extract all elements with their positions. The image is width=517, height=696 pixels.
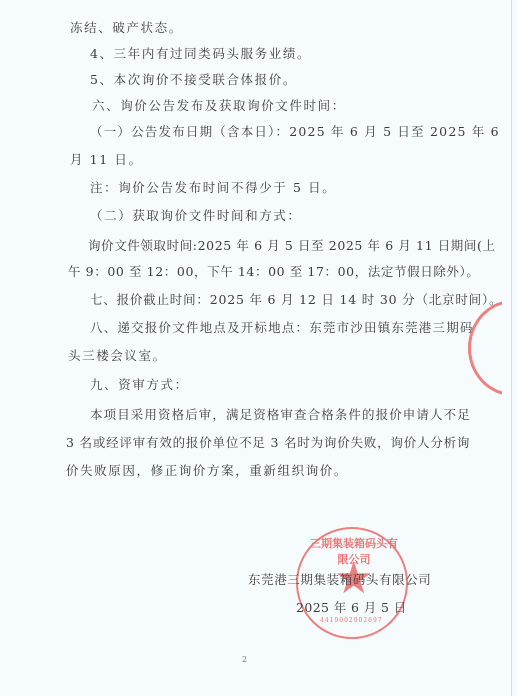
text-line: 4、三年内有过同类码头服务业绩。 bbox=[90, 44, 311, 62]
subsection-heading: （二）获取询价文件时间和方式： bbox=[90, 206, 302, 224]
text-line: 月 11 日。 bbox=[70, 150, 143, 168]
signature-company: 东莞港三期集装箱码头有限公司 bbox=[248, 570, 431, 588]
text-line: 3 名或经评审有效的报价单位不足 3 名时为询价失败，询价人分析询 bbox=[66, 433, 470, 451]
text-line: 本项目采用资格后审，满足资格审查合格条件的报价申请人不足 bbox=[90, 405, 471, 423]
section-heading: 八、递交报价文件地点及开标地点：东莞市沙田镇东莞港三期码 bbox=[90, 318, 474, 336]
seal-code: 4419002002697 bbox=[320, 617, 383, 624]
document-page: 冻结、破产状态。 4、三年内有过同类码头服务业绩。 5、本次询价不接受联合体报价… bbox=[0, 0, 512, 696]
partial-seal-stamp bbox=[468, 300, 517, 396]
section-heading: 九、资审方式： bbox=[90, 375, 189, 393]
signature-date: 2025 年 6 月 5 日 bbox=[296, 598, 407, 616]
text-line: 冻结、破产状态。 bbox=[70, 18, 183, 36]
section-heading: 六、询价公告发布及获取询价文件时间： bbox=[92, 96, 346, 114]
text-line: 午 9：00 至 12：00，下午 14：00 至 17：00，法定节假日除外）… bbox=[68, 262, 479, 280]
text-line: 价失败原因，修正询价方案，重新组织询价。 bbox=[66, 461, 348, 479]
text-line: 询价文件领取时间:2025 年 6 月 5 日至 2025 年 6 月 11 日… bbox=[88, 236, 496, 254]
text-line: （一）公告发布日期（含本日）：2025 年 6 月 5 日至 2025 年 6 bbox=[90, 122, 500, 140]
note-line: 注：询价公告发布时间不得少于 5 日。 bbox=[90, 178, 336, 196]
text-line: 头三楼会议室。 bbox=[68, 346, 167, 364]
page-number: 2 bbox=[242, 655, 247, 664]
text-line: 5、本次询价不接受联合体报价。 bbox=[90, 70, 297, 88]
section-heading: 七、报价截止时间：2025 年 6 月 12 日 14 时 30 分（北京时间）… bbox=[90, 290, 502, 308]
